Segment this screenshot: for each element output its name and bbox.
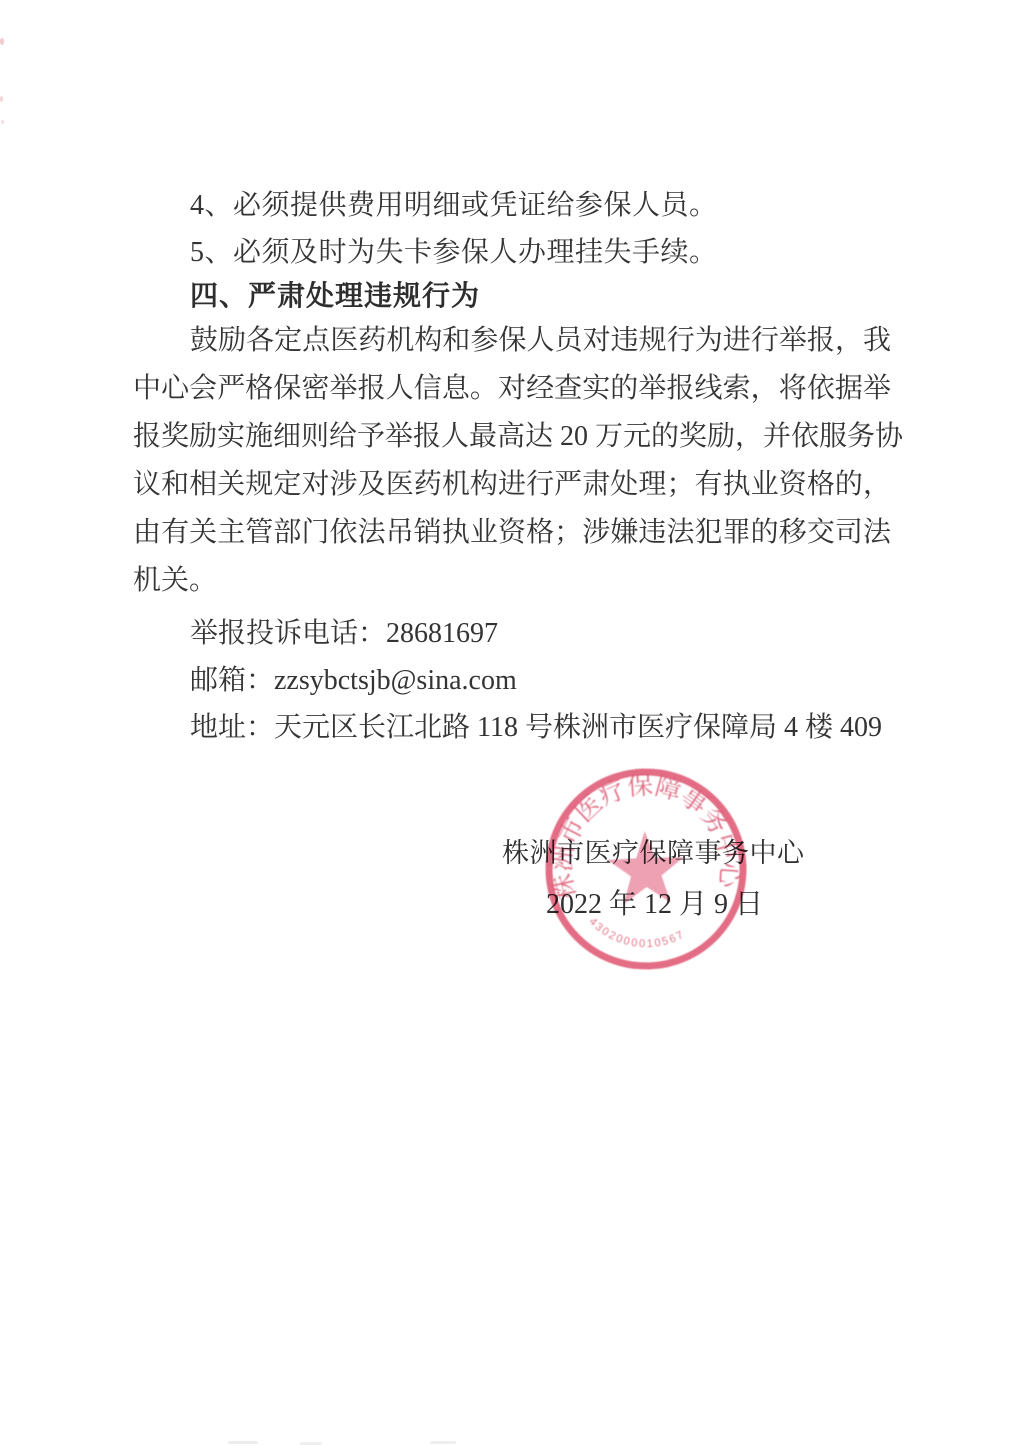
paragraph-line: 中心会严格保密举报人信息。对经查实的举报线索，将依据举: [133, 365, 891, 413]
official-seal-stamp: 株洲市医疗保障事务中心 4302000010567: [539, 762, 752, 975]
paragraph-line: 由有关主管部门依法吊销执业资格；涉嫌违法犯罪的移交司法: [133, 509, 891, 557]
paragraph-line: 机关。: [133, 557, 891, 605]
document-page: 4、必须提供费用明细或凭证给参保人员。 5、必须及时为失卡参保人办理挂失手续。 …: [0, 0, 1024, 1448]
paragraph-line: 议和相关规定对涉及医药机构进行严肃处理；有执业资格的，: [133, 461, 891, 509]
paragraph-line: 鼓励各定点医药机构和参保人员对违规行为进行举报，我: [133, 317, 891, 365]
scan-artifact: [228, 1441, 258, 1444]
report-address-line: 地址：天元区长江北路 118 号株洲市医疗保障局 4 楼 409: [133, 704, 891, 751]
list-item-4: 4、必须提供费用明细或凭证给参保人员。: [133, 182, 891, 230]
seal-star-icon: [607, 830, 686, 905]
paragraph: 鼓励各定点医药机构和参保人员对违规行为进行举报，我 中心会严格保密举报人信息。对…: [133, 317, 891, 605]
seal-serial-number: 4302000010567: [586, 912, 687, 952]
seal-serial-holder: 4302000010567: [586, 912, 687, 952]
paragraph-line: 报奖励实施细则给予举报人最高达 20 万元的奖励，并依服务协: [133, 413, 891, 461]
contact-block: 举报投诉电话：28681697 邮箱：zzsybctsjb@sina.com 地…: [133, 610, 891, 751]
section-heading: 四、严肃处理违规行为: [133, 272, 891, 320]
list-item-5: 5、必须及时为失卡参保人办理挂失手续。: [133, 229, 891, 277]
report-email-line: 邮箱：zzsybctsjb@sina.com: [133, 657, 891, 704]
scan-artifact: [1, 120, 4, 124]
report-phone-line: 举报投诉电话：28681697: [133, 610, 891, 657]
scan-artifact: [300, 1442, 322, 1445]
scan-artifact: [0, 38, 4, 45]
scan-artifact: [0, 96, 3, 102]
scan-artifact: [430, 1441, 456, 1444]
